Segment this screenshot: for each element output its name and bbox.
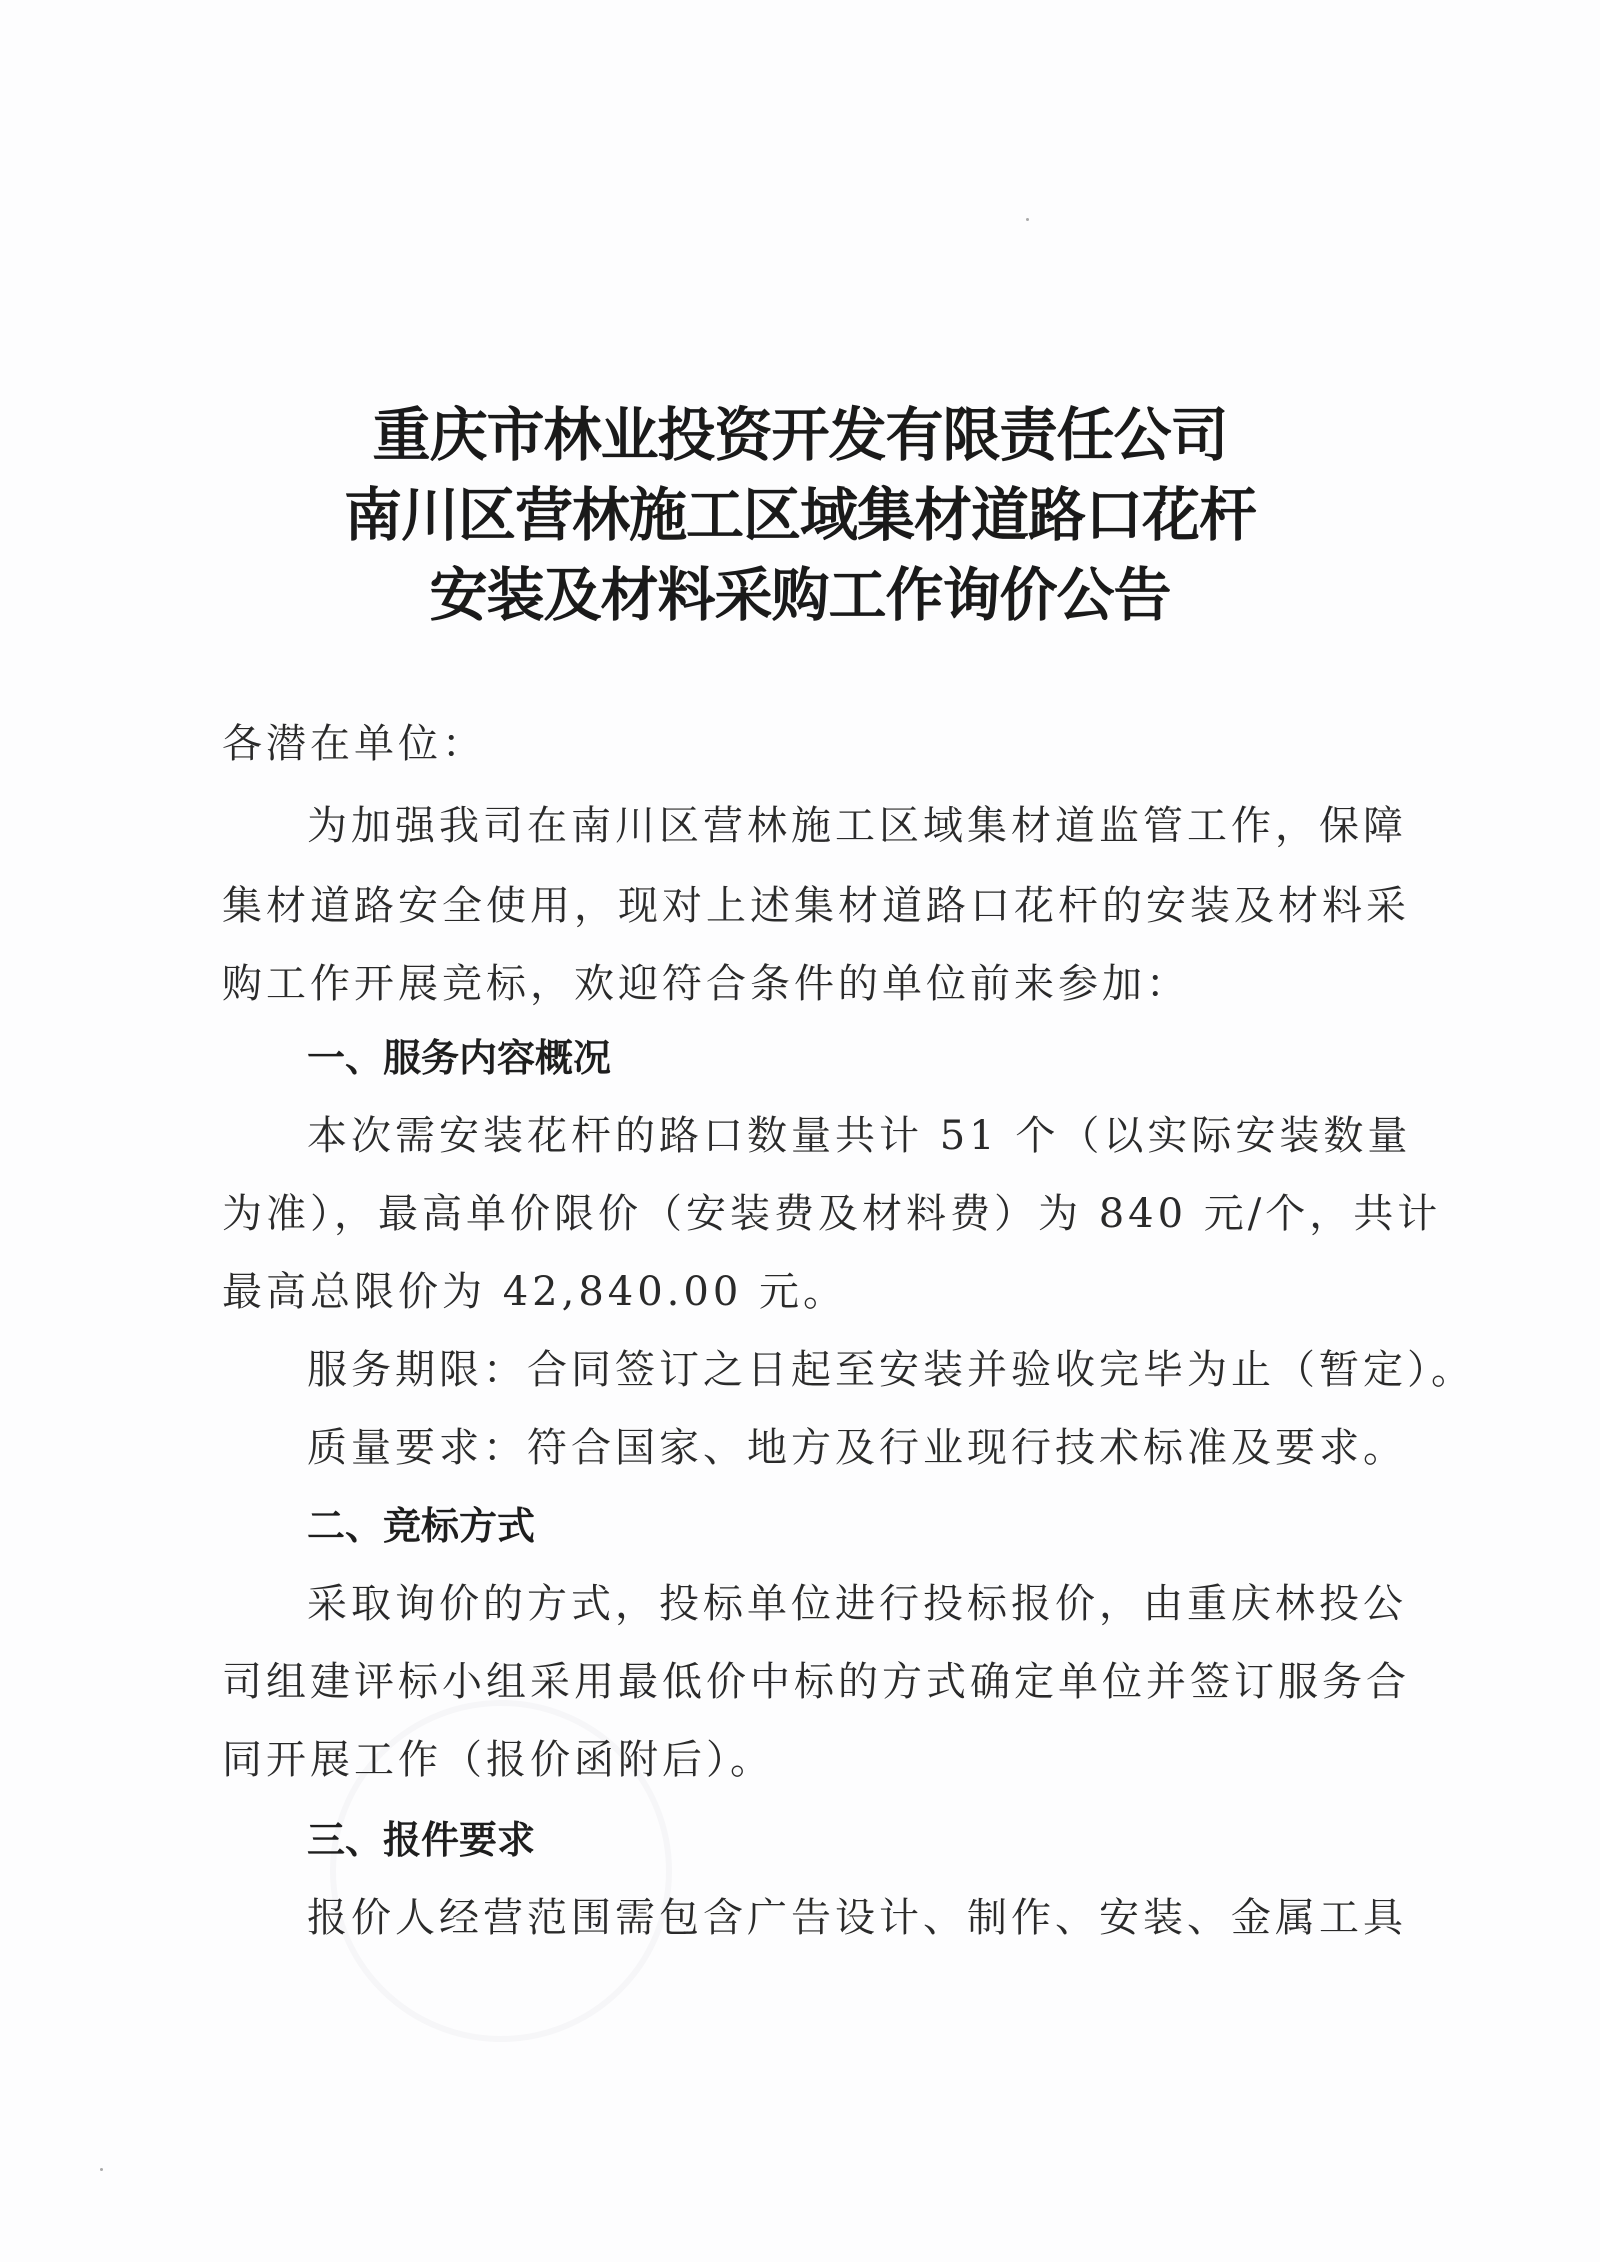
title-line-2: 南川区营林施工区域集材道路口花杆 [0, 475, 1600, 555]
quality-requirement: 质量要求：符合国家、地方及行业现行技术标准及要求。 [307, 1428, 1467, 1468]
intro-line-3: 购工作开展竞标，欢迎符合条件的单位前来参加： [222, 964, 1382, 1004]
intro-line-2: 集材道路安全使用，现对上述集材道路口花杆的安装及材料采 [222, 886, 1382, 926]
bidding-line-2: 司组建评标小组采用最低价中标的方式确定单位并签订服务合 [222, 1662, 1382, 1702]
section-heading-service-overview: 一、服务内容概况 [307, 1038, 611, 1078]
scan-speck [100, 2168, 103, 2171]
title-line-3: 安装及材料采购工作询价公告 [0, 555, 1600, 635]
bidding-line-3: 同开展工作（报价函附后）。 [222, 1740, 1382, 1780]
intro-line-1: 为加强我司在南川区营林施工区域集材道监管工作，保障 [307, 806, 1467, 846]
section-heading-submission-requirements: 三、报件要求 [307, 1820, 535, 1860]
submission-line-1: 报价人经营范围需包含广告设计、制作、安装、金属工具 [307, 1898, 1467, 1938]
salutation: 各潜在单位： [222, 724, 1382, 764]
service-line-3: 最高总限价为 42,840.00 元。 [222, 1272, 1382, 1312]
service-line-1: 本次需安装花杆的路口数量共计 51 个（以实际安装数量 [307, 1116, 1467, 1156]
document-page: 重庆市林业投资开发有限责任公司 南川区营林施工区域集材道路口花杆 安装及材料采购… [0, 0, 1600, 2262]
section-heading-bidding-method: 二、竞标方式 [307, 1506, 535, 1546]
bidding-line-1: 采取询价的方式，投标单位进行投标报价，由重庆林投公 [307, 1584, 1467, 1624]
service-line-2: 为准），最高单价限价（安装费及材料费）为 840 元/个，共计 [222, 1194, 1382, 1234]
title-line-1: 重庆市林业投资开发有限责任公司 [0, 395, 1600, 475]
service-period: 服务期限：合同签订之日起至安装并验收完毕为止（暂定）。 [307, 1350, 1467, 1390]
document-title: 重庆市林业投资开发有限责任公司 南川区营林施工区域集材道路口花杆 安装及材料采购… [0, 395, 1600, 635]
scan-speck [1026, 218, 1029, 221]
